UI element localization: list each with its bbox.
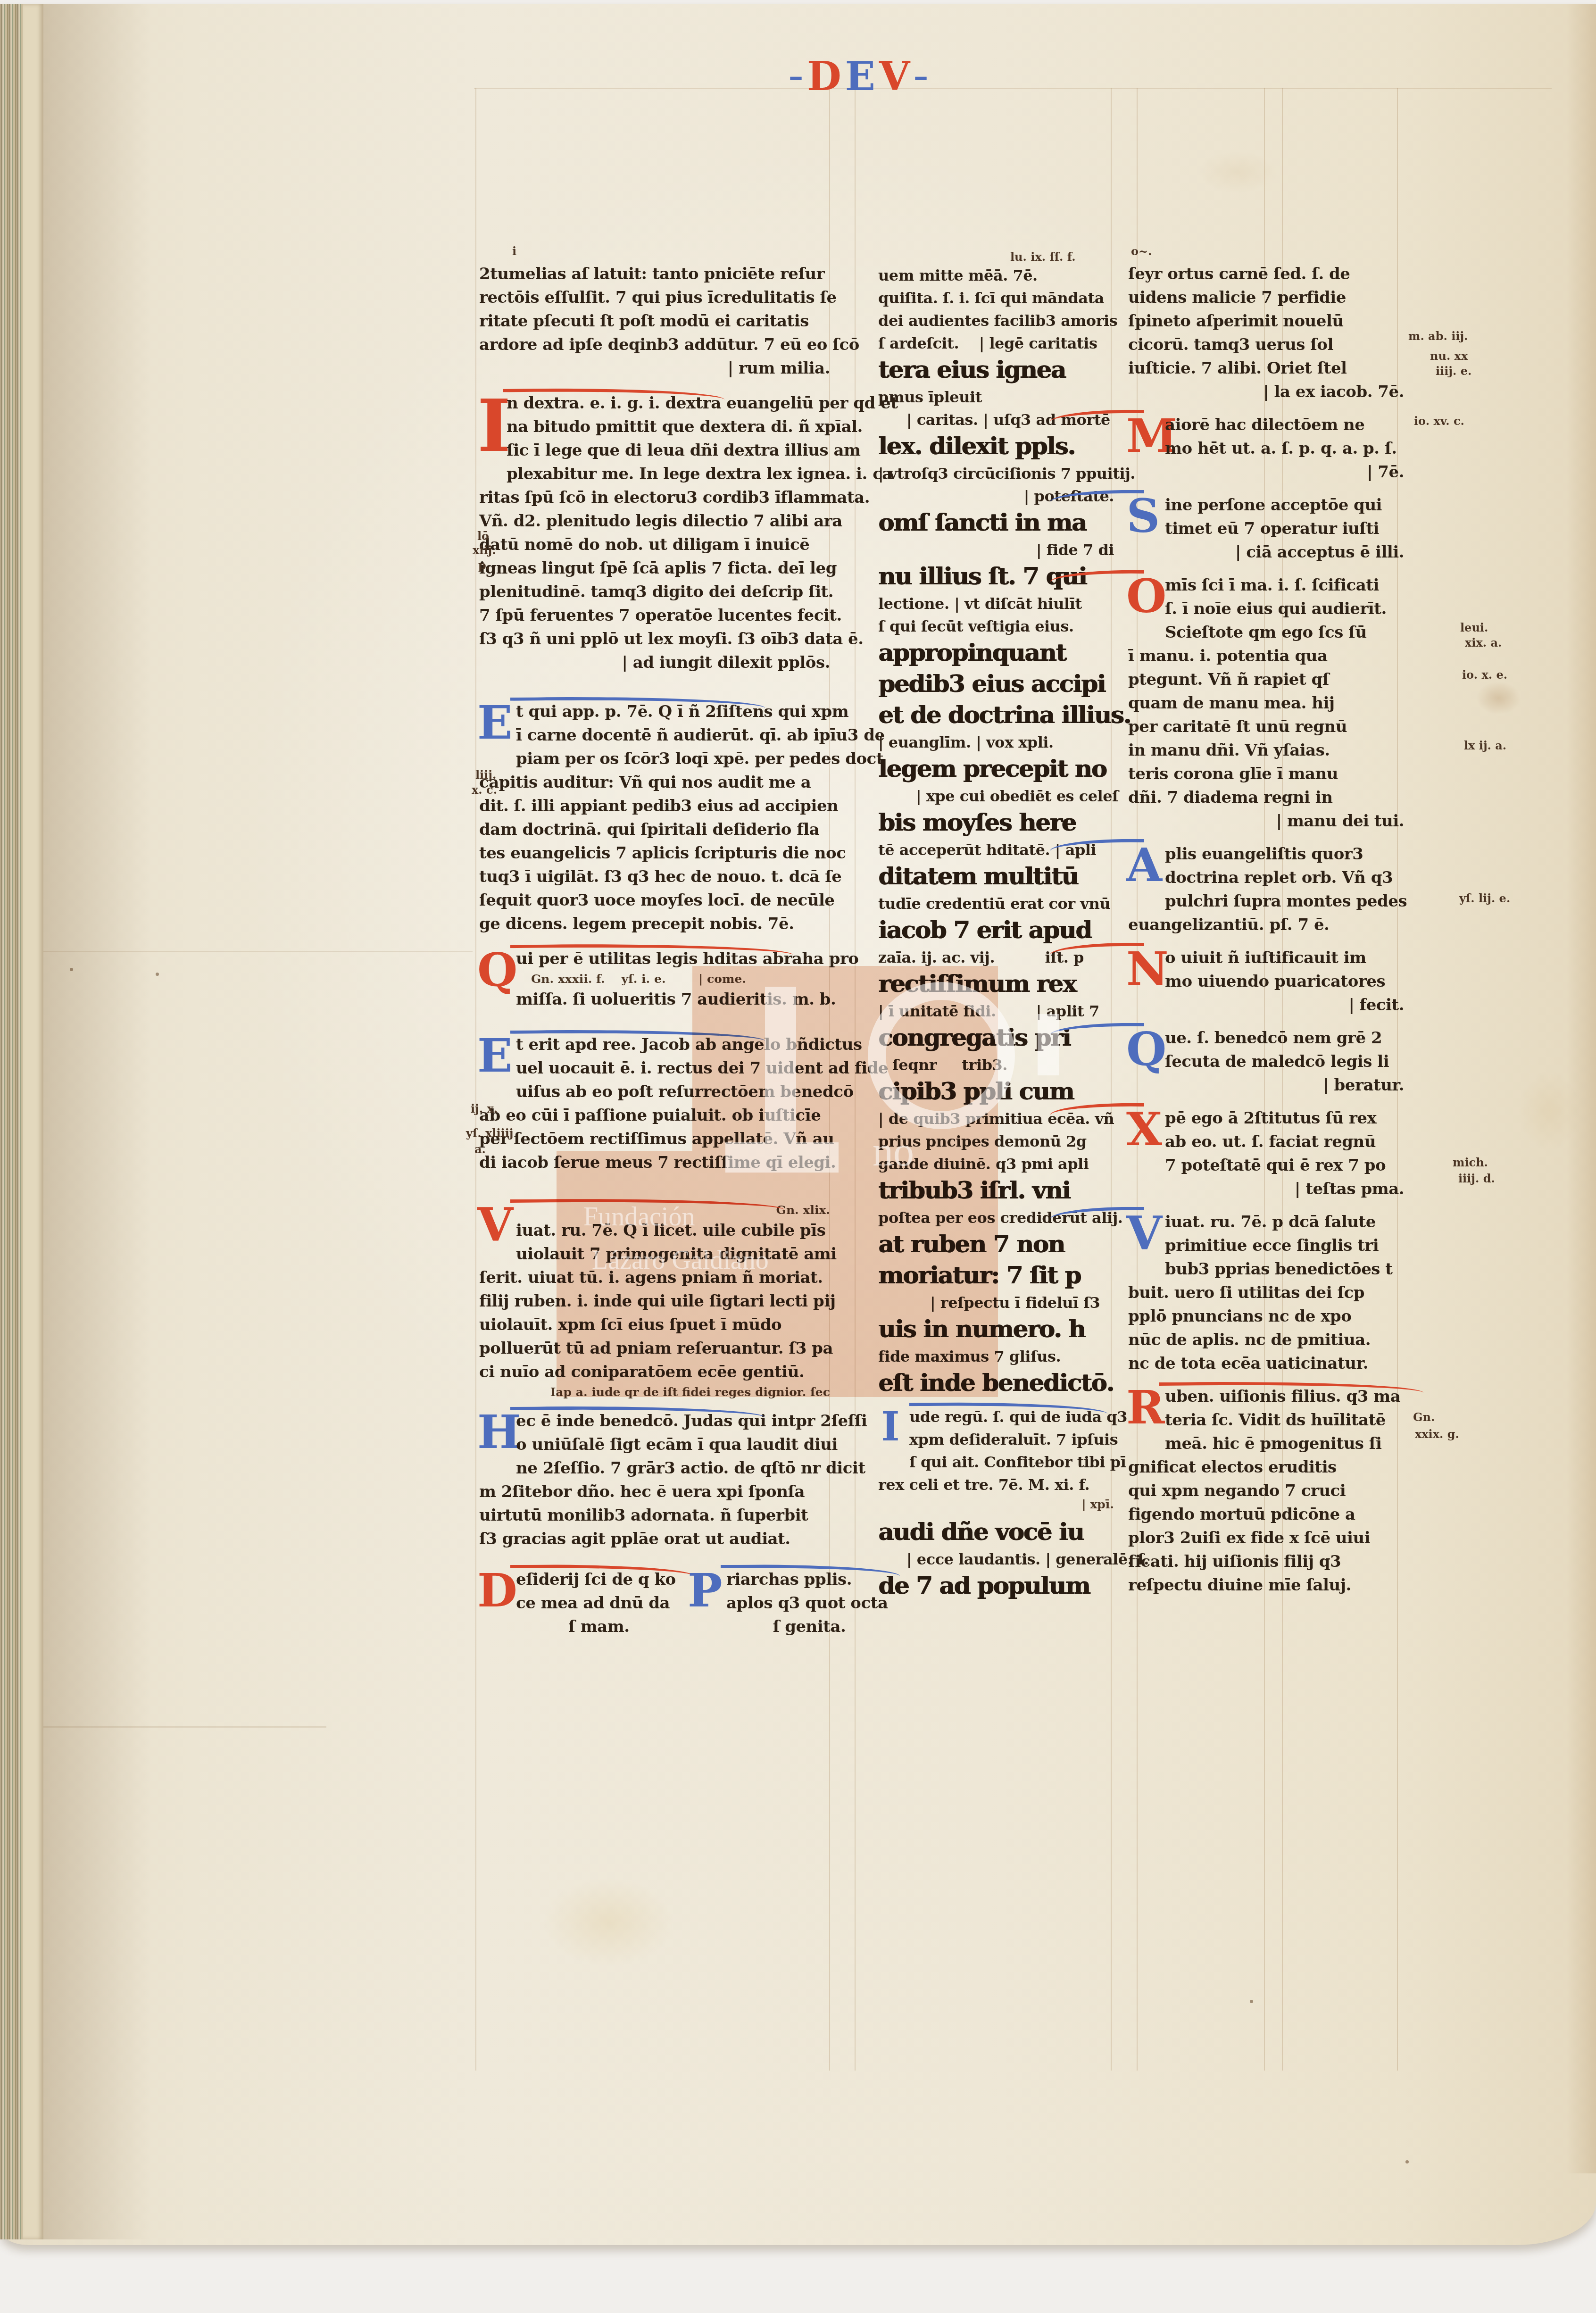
marginal-note: x. c.: [472, 784, 497, 796]
illuminated-initial: S: [1126, 494, 1160, 541]
header-letter: V: [879, 53, 914, 100]
text-block: Omīs ſci ī ma. i. ſ. ſcificatiſ. ī noīe …: [1128, 574, 1404, 833]
header-letter: D: [807, 53, 845, 100]
illuminated-initial: P: [688, 1569, 722, 1616]
text-line: | beratur.: [1128, 1073, 1404, 1097]
parchment-stain: [1476, 682, 1521, 715]
text-line: ec ē inde benedcō. Judas qui intpr 2ſeſſ…: [479, 1409, 830, 1433]
text-line: n dextra. e. i. g. i. dextra euangeliū p…: [479, 391, 830, 415]
text-line: o uniūſalē ſigt ecām ī qua laudit diui: [479, 1433, 830, 1456]
illuminated-initial: M: [1126, 414, 1160, 461]
text-block: ſeyr ortus carnē ſed. ſ. deuidens malici…: [1128, 262, 1404, 404]
text-line: meā. hic ē pmogenitus ſi: [1128, 1432, 1404, 1456]
text-line: pedib3 eius accipi: [878, 669, 1114, 700]
marginal-note: leui.: [1460, 622, 1488, 634]
text-line: uidens malicie 7 perfidie: [1128, 286, 1404, 309]
text-line: | xpe cui obediēt es celeſ: [878, 785, 1114, 807]
text-line: ardore ad ipſe deqinb3 addūtur. 7 eū eo …: [479, 333, 830, 357]
illuminated-initial: A: [1126, 843, 1160, 890]
text-line: | ecce laudantis. | generalē. ſ.: [878, 1548, 1114, 1571]
text-line: uem mitte mēā. 7ē.: [878, 264, 1114, 287]
illuminated-initial: D: [477, 1569, 511, 1616]
text-line: pulchri ſupra montes pedes: [1128, 890, 1404, 913]
parchment-stain: [1198, 151, 1278, 193]
text-line: ab eo. ut. ſ. faciat regnū: [1128, 1130, 1404, 1154]
text-line: ſ ardeſcit. | legē caritatis: [878, 332, 1114, 355]
text-line: ritas ſpū ſcō in electoru3 cordib3 īflam…: [479, 486, 830, 509]
text-line: ude regū. ſ. qui de iuda q3: [878, 1406, 1114, 1428]
text-line: qui xpm negando 7 cruci: [1128, 1479, 1404, 1503]
text-line: | euanglīm. | vox xpli.: [878, 731, 1114, 754]
text-line: 7 ſpū feruentes 7 operatōe lucentes feci…: [479, 604, 830, 627]
column-left: 2tumelias aſ latuit: tanto pniciēte reſu…: [479, 262, 830, 1639]
text-line: 2tumelias aſ latuit: tanto pniciēte reſu…: [479, 262, 830, 286]
illuminated-initial: N: [1126, 947, 1160, 994]
marginal-note: lu. ix. ſſ. f.: [1010, 251, 1076, 263]
header-letter: –: [789, 53, 807, 100]
running-header-deu: –DEV–: [789, 53, 932, 100]
header-letter: E: [845, 53, 879, 100]
text-block: Xpē ego ā 2ſtitutus ſū rexab eo. ut. ſ. …: [1128, 1107, 1404, 1201]
text-line: teris corona glīe ī manu: [1128, 762, 1404, 786]
text-line: euangelizantiū. pſ. 7 ē.: [1128, 913, 1404, 937]
watermark-bar: [1038, 1014, 1059, 1075]
text-line: ſ3 q3 ñ uni pplō ut lex moyſi. ſ3 oīb3 d…: [479, 627, 830, 651]
text-line: quam de manu mea. hij: [1128, 691, 1404, 715]
text-line: t qui app. p. 7ē. Q ī ñ 2ſiſtens qui xpm: [479, 700, 830, 724]
marginal-note: ij. x.: [471, 1103, 498, 1115]
text-line: tera eius ignea: [878, 355, 1114, 386]
text-line: | caritas. | uſq3 ad mortē: [878, 408, 1114, 431]
text-line: appropinquant: [878, 638, 1114, 669]
text-line: lectione. | vt diſcāt hiulīt: [878, 592, 1114, 615]
text-line: | la ex iacob. 7ē.: [1128, 380, 1404, 404]
text-block: Priarchas pplis.aplos q3 quot octaſ geni…: [690, 1568, 892, 1639]
marginal-note: i: [512, 245, 516, 258]
text-line: ſ. ī noīe eius qui audierīt.: [1128, 597, 1404, 621]
text-line: uben. uiſionis filius. q3 ma: [1128, 1385, 1404, 1408]
text-line: timet eū 7 operatur iuſti: [1128, 517, 1404, 541]
text-line: | manu dei tui.: [1128, 809, 1404, 833]
text-line: iuſticie. 7 alibi. Oriet ſtel: [1128, 357, 1404, 380]
text-block: Ruben. uiſionis filius. q3 materia ſc. V…: [1128, 1385, 1404, 1597]
text-line: dit. ſ. illi appiant pedib3 eius ad acci…: [479, 794, 830, 818]
text-line: quiſita. ſ. i. ſcī qui māndata: [878, 287, 1114, 309]
watermark-bar: [725, 1142, 839, 1173]
marginal-note: nu. xx: [1430, 350, 1468, 362]
text-line: 7 poteſtatē qui ē rex 7 po: [1128, 1154, 1404, 1177]
header-letter: –: [914, 53, 932, 100]
text-line: audi dñe vocē iu: [878, 1517, 1114, 1548]
text-block: Deſiderij ſci de q koce mea ad dnū daſ m…: [479, 1568, 682, 1639]
text-line: ditatem multitū: [878, 861, 1114, 892]
column-middle: uem mitte mēā. 7ē.quiſita. ſ. i. ſcī qui…: [878, 264, 1114, 1602]
text-line: nūc de aplis. nc de pmitiua.: [1128, 1328, 1404, 1352]
illuminated-initial: I: [876, 1406, 905, 1452]
marginal-note: yſ. xliiij: [466, 1127, 513, 1140]
text-line: pmus īpleuit: [878, 386, 1114, 408]
text-line: per caritatē ſt unū regnū: [1128, 715, 1404, 739]
marginal-note: iiij. d.: [1458, 1173, 1495, 1185]
illuminated-initial: R: [1126, 1386, 1160, 1433]
marginal-note: a.: [474, 1143, 486, 1156]
text-line: uirtutū monilib3 adornata. ñ ſuperbit: [479, 1504, 830, 1527]
book-page-edges: [0, 4, 23, 2239]
marginal-note: m. ab. iij.: [1408, 330, 1468, 342]
text-line: nu illius ſt. 7 qui: [878, 561, 1114, 592]
marginal-note: io. xv. c.: [1414, 415, 1464, 427]
watermark-text: Fundación: [583, 1202, 695, 1232]
text-line: | 7ē.: [1128, 460, 1404, 484]
text-line: mīs ſci ī ma. i. ſ. ſcificati: [1128, 574, 1404, 597]
text-block: Hec ē inde benedcō. Judas qui intpr 2ſeſ…: [479, 1409, 830, 1551]
text-block: 2tumelias aſ latuit: tanto pniciēte reſu…: [479, 262, 830, 380]
text-line: rectōis eſſulſit. 7 qui pius īcredulitat…: [479, 286, 830, 309]
text-line: in manu dñi. Vñ yſaias.: [1128, 739, 1404, 762]
illuminated-initial: O: [1126, 574, 1160, 622]
text-line: omſ ſancti in ma: [878, 508, 1114, 539]
text-line: ſequit quor3 uoce moyſes locī. de necūle: [479, 889, 830, 912]
text-line: de 7 ad populum: [878, 1571, 1114, 1602]
text-line: piam per os ſcōr3 loqī xpē. per pedes do…: [479, 747, 830, 771]
text-line: ſ mam.: [479, 1615, 682, 1639]
column-right: ſeyr ortus carnē ſed. ſ. deuidens malici…: [1128, 262, 1404, 1597]
text-line: Scieſtote qm ego ſcs ſū: [1128, 621, 1404, 644]
marginal-note: io. x. e.: [1462, 669, 1507, 681]
parchment-crease: [43, 1726, 326, 1728]
text-line: tē acceperūt hditatē. | apli: [878, 839, 1114, 861]
text-line: buit. uero ſi utilitas dei ſcp: [1128, 1281, 1404, 1305]
text-line: plis euangeliſtis quor3: [1128, 842, 1404, 866]
text-line: plexabitur me. In lege dextra lex ignea.…: [479, 462, 830, 486]
text-line: bis moyſes here: [878, 807, 1114, 839]
text-line: dei audientes facilib3 amoris: [878, 309, 1114, 332]
illuminated-initial: Q: [1126, 1027, 1160, 1074]
text-line: bub3 pprias benedictōes t: [1128, 1257, 1404, 1281]
text-line: plor3 2uiſi ex fide x ſcē uiui: [1128, 1526, 1404, 1550]
text-line: | fecit.: [1128, 993, 1404, 1017]
text-line: ſ genita.: [690, 1615, 892, 1639]
parchment-crease: [43, 951, 473, 952]
watermark-text: no: [873, 1128, 914, 1176]
illuminated-initial: I: [477, 392, 502, 463]
marginal-note: iiij. e.: [1436, 365, 1471, 377]
marginal-note: mich.: [1453, 1156, 1488, 1169]
text-line: igneas lingut ſpē ſcā aplis 7 ficta. deī…: [479, 557, 830, 580]
text-line: xpm deſideraluīt. 7 ipſuis: [878, 1428, 1114, 1451]
text-line: capitis auditur: Vñ qui nos audit me a: [479, 771, 830, 794]
ink-speck: [156, 973, 159, 976]
text-line: iacob 7 erit apud: [878, 915, 1114, 946]
ink-speck: [1250, 2000, 1253, 2003]
text-line: o uiuit ñ iuſtificauit im: [1128, 946, 1404, 970]
marginal-note: xiij.: [473, 544, 496, 557]
marginal-note: lx ij. a.: [1464, 740, 1506, 752]
text-line: ficati. hij uiſionis filij q3: [1128, 1550, 1404, 1573]
text-block: Que. ſ. benedcō nem grē 2ſecuta de maled…: [1128, 1026, 1404, 1097]
text-line: legem precepit no: [878, 754, 1114, 785]
text-line: | ciā acceptus ē illi.: [1128, 541, 1404, 564]
text-line: cicorū. tamq3 uerus ſol: [1128, 333, 1404, 357]
watermark-bar: [765, 987, 796, 1142]
text-line: tes euangelicis 7 aplicis ſcripturis die…: [479, 841, 830, 865]
marginal-note: yſ. lij. e.: [1459, 892, 1510, 905]
text-line: | ad iungit dilexit pplōs.: [479, 651, 830, 674]
text-line: ſic ī lege que di leua dñi dextra illius…: [479, 439, 830, 462]
text-line: dam doctrinā. qui ſpiritali deſiderio fl…: [479, 818, 830, 841]
text-line: | poteſtate.: [878, 485, 1114, 508]
text-line: rex celi et tre. 7ē. M. xi. f.: [878, 1473, 1114, 1496]
text-line: dñi. 7 diadema regni in: [1128, 786, 1404, 809]
text-block: Iude regū. ſ. qui de iuda q3xpm deſidera…: [878, 1406, 1114, 1513]
text-line: gnificat electos eruditis: [1128, 1456, 1404, 1479]
text-line: ſecuta de maledcō legis li: [1128, 1050, 1404, 1073]
text-line: ī manu. i. potentia qua: [1128, 644, 1404, 668]
illuminated-initial: V: [1126, 1211, 1160, 1258]
text-line: tuq3 ī uigilāt. ſ3 q3 hec de nouo. t. dc…: [479, 865, 830, 889]
marginal-note: lō: [477, 530, 489, 542]
marginal-note: o~.: [1131, 245, 1152, 258]
text-line: zaīa. ij. ac. vij. iſt. p: [878, 946, 1114, 969]
marginal-note: xxix. g.: [1415, 1428, 1459, 1440]
text-block: Viuat. ru. 7ē. p dcā ſaluteprimitiue ecc…: [1128, 1210, 1404, 1375]
text-block: Sine perſone acceptōe quitimet eū 7 oper…: [1128, 493, 1404, 564]
text-line: primitiue ecce ſinglis tri: [1128, 1234, 1404, 1257]
text-line: doctrina replet orb. Vñ q3: [1128, 866, 1404, 890]
text-line: m 2ſitebor dño. hec ē uera xpi ſponſa: [479, 1480, 830, 1504]
illuminated-initial: E: [477, 701, 511, 748]
text-line: ſ qui ait. Confitebor tibi pī: [878, 1451, 1114, 1473]
illuminated-initial: Q: [477, 948, 511, 995]
text-line: | vtroſq3 circūciſionis 7 ppuitij.: [878, 462, 1114, 485]
illuminated-initial: H: [477, 1410, 511, 1457]
text-line: na bitudo pmittit que dextera di. ñ xpīa…: [479, 415, 830, 439]
text-line: mo hēt ut. a. ſ. p. q. a. p. ſ.: [1128, 437, 1404, 460]
manuscript-photo: –DEV– 2tumelias aſ latuit: tanto pniciēt…: [0, 0, 1596, 2313]
ruling-horizontal: [474, 88, 1552, 89]
text-line: plenitudinē. tamq3 digito dei deſcrip ſi…: [479, 580, 830, 604]
gutter-band: [23, 4, 43, 2239]
text-line: ſpineto aſperimit nouelū: [1128, 309, 1404, 333]
text-line: ptegunt. Vñ ñ rapiet qſ: [1128, 668, 1404, 691]
float-block-patriarchas: Priarchas pplis.aplos q3 quot octaſ geni…: [690, 1568, 892, 1639]
text-line: | xpī.: [878, 1496, 1114, 1513]
watermark-ring: [868, 982, 1015, 1129]
text-line: ī carne docentē ñ audierūt. qī. ab ipīu3…: [479, 724, 830, 747]
gutter-shadow: [43, 4, 185, 2239]
text-line: reſpectu diuine mīe ſaluj.: [1128, 1573, 1404, 1597]
text-line: figendo mortuū pdicōne a: [1128, 1503, 1404, 1526]
text-block: No uiuit ñ iuſtificauit immo uiuendo pua…: [1128, 946, 1404, 1017]
text-block: Maiorē hac dilectōem nemo hēt ut. a. ſ. …: [1128, 413, 1404, 484]
illuminated-initial: X: [1126, 1107, 1160, 1155]
text-line: ritate pſecuti ſt poſt modū ei caritatis: [479, 309, 830, 333]
text-line: et de doctrina illius.: [878, 700, 1114, 731]
text-block: Aplis euangeliſtis quor3doctrina replet …: [1128, 842, 1404, 937]
marginal-note: xix. a.: [1465, 637, 1502, 649]
illuminated-initial: V: [477, 1203, 511, 1250]
text-line: lex. dilexit ppls.: [878, 431, 1114, 462]
text-line: ge dicens. legem precepit nobis. 7ē.: [479, 912, 830, 936]
text-line: aiorē hac dilectōem ne: [1128, 413, 1404, 437]
text-line: iuat. ru. 7ē. p dcā ſalute: [1128, 1210, 1404, 1234]
text-line: | fide 7 di: [878, 539, 1114, 561]
text-line: pplō pnuncians nc de xpo: [1128, 1305, 1404, 1328]
illuminated-initial: E: [477, 1034, 511, 1081]
text-block: In dextra. e. i. g. i. dextra euangeliū …: [479, 391, 830, 674]
marginal-note: liij.: [475, 769, 496, 781]
text-line: ue. ſ. benedcō nem grē 2: [1128, 1026, 1404, 1050]
text-line: tudīe credentiū erat cor vnū: [878, 892, 1114, 915]
text-line: | teſtas pma.: [1128, 1177, 1404, 1201]
text-block: audi dñe vocē iu| ecce laudantis. | gene…: [878, 1517, 1114, 1602]
text-line: teria ſc. Vidit ds huīlitatē: [1128, 1408, 1404, 1432]
parchment-stain: [542, 1877, 674, 1967]
text-line: nc de tota ecēa uaticinatur.: [1128, 1352, 1404, 1375]
marginal-note: Gn.: [1413, 1411, 1435, 1423]
text-line: ne 2ſeſſio. 7 grār3 actio. de qſtō nr di…: [479, 1456, 830, 1480]
text-line: mo uiuendo puaricatores: [1128, 970, 1404, 993]
text-line: ſeyr ortus carnē ſed. ſ. de: [1128, 262, 1404, 286]
text-line: | rum milia.: [479, 357, 830, 380]
ruling-vertical: [475, 88, 476, 2071]
text-line: ſ3 gracias agit pplāe orat ut audiat.: [479, 1527, 830, 1551]
text-line: ſ qui ſecūt veſtigia eius.: [878, 615, 1114, 638]
marginal-note: p.: [478, 559, 490, 572]
text-line: ine perſone acceptōe qui: [1128, 493, 1404, 517]
text-line: Vñ. d2. plenitudo legis dilectio 7 alibi…: [479, 509, 830, 533]
text-block: Et qui app. p. 7ē. Q ī ñ 2ſiſtens qui xp…: [479, 700, 830, 936]
ink-speck: [70, 968, 73, 971]
ink-speck: [1405, 2160, 1409, 2163]
text-line: datū nomē do nob. ut diligam ī inuicē: [479, 533, 830, 557]
watermark-text: Lázaro Galdiano: [592, 1245, 769, 1275]
parchment-stain: [1519, 1071, 1580, 1151]
text-line: pē ego ā 2ſtitutus ſū rex: [1128, 1107, 1404, 1130]
